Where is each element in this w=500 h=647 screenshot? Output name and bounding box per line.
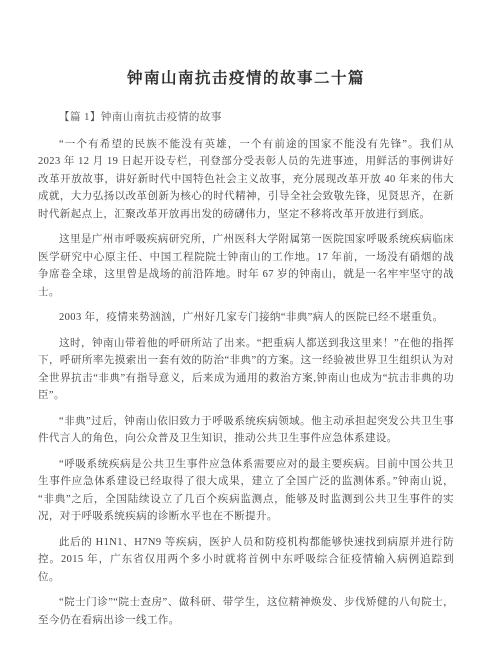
paragraph: “呼吸系统疾病是公共卫生事件应急体系需要应对的最主要疾病。目前中国公共卫生事件应…: [38, 456, 454, 526]
paragraph: “院士门诊”“院士查房”、做科研、带学生，这位精神焕发、步伐矫健的八旬院士，至今…: [38, 594, 454, 629]
paragraph: “一个有希望的民族不能没有英雄，一个有前途的国家不能没有先锋”。我们从 2023…: [38, 136, 454, 224]
document-title: 钟南山南抗击疫情的故事二十篇: [38, 66, 454, 88]
paragraph: 2003 年，疫情来势汹汹，广州好几家专门接纳“非典”病人的医院已经不堪重负。: [38, 309, 454, 327]
document-page: 钟南山南抗击疫情的故事二十篇 【篇 1】钟南山南抗击疫情的故事 “一个有希望的民…: [0, 0, 500, 647]
section-heading: 【篇 1】钟南山南抗击疫情的故事: [38, 109, 454, 127]
paragraph: “非典”过后，钟南山依旧致力于呼吸系统疾病领域。他主动承担起突发公共卫生事件代言…: [38, 413, 454, 448]
paragraph: 这里是广州市呼吸疾病研究所，广州医科大学附属第一医院国家呼吸系统疾病临床医学研究…: [38, 231, 454, 301]
paragraph: 此后的 H1N1、H7N9 等疾病，医护人员和防疫机构都能够快速找到病原并进行防…: [38, 534, 454, 587]
paragraph: 这时，钟南山带着他的呼研所站了出来。“把重病人都送到我这里来！”在他的指挥下，呼…: [38, 335, 454, 405]
